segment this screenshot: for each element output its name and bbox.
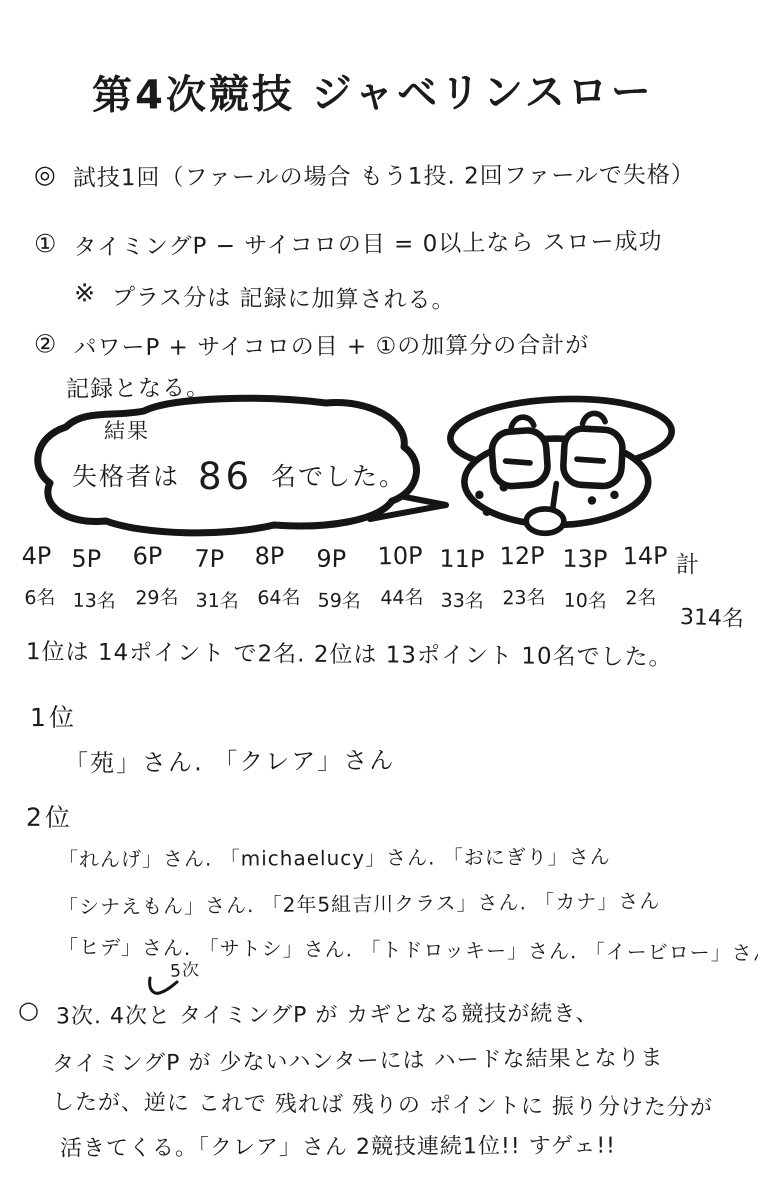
rule-trial-text: 試技1回（ファールの場合 もう1投. 2回ファールで失格） [73,156,695,192]
bubble-heading: 結果 [104,415,150,445]
rule-power-text: パワーP + サイコロの目 + ①の加算分の合計が [73,327,589,363]
handwritten-note-page: 第4次競技 ジャベリンスロー ◎ 試技1回（ファールの場合 もう1投. 2回ファ… [0,0,758,1200]
rule-note: ※ プラス分は 記録に加算される。 [74,278,456,314]
count-value: 13名 [71,586,117,614]
point-label: 10P [377,542,422,571]
points-distribution-table: 4P 6名 5P 13名 6P 29名 7P 31名 8P 64名 9P 59名… [22,542,668,613]
table-column: 6P 29名 [132,542,178,614]
dog-face-doodle-icon [424,386,698,538]
table-column: 12P 23名 [500,542,546,614]
table-column: 9P 59名 [316,545,362,614]
rank2-names-line-1: 「れんげ」さん. 「michaelucy」さん. 「おにぎり」さん [58,841,611,873]
speech-bubble: 結果 失格者は 86 名でした。 [26,393,456,543]
rank1-heading: 1位 [30,698,77,734]
bubble-text-post: 名でした。 [271,462,406,491]
table-total-column: 計 314名 [676,546,744,632]
rank2-heading: 2位 [26,798,73,834]
count-value: 59名 [316,586,362,614]
closing-line-1: 3次. 4次と タイミングP が カギとなる競技が続き、 [56,997,599,1031]
table-column: 4P 6名 [21,542,55,614]
summary-line: 1位は 14ポイント で2名. 2位は 13ポイント 10名でした。 [26,633,673,672]
table-column: 5P 13名 [71,545,117,614]
closing-line-1-post: と タイミングP が カギとなる競技が続き、 [148,1002,599,1029]
circled-two-marker: ② [34,329,58,362]
point-label: 5P [71,545,101,574]
reference-mark: ※ [74,278,96,311]
point-label: 4P [21,542,51,571]
count-value: 10名 [561,586,607,614]
rank2-names-line-3: 「ヒデ」さん. 「サトシ」さん. 「トドロッキー」さん. 「イービロー」さん [58,931,758,966]
point-label: 7P [194,545,224,574]
point-label: 14P [622,542,667,571]
point-label: 13P [562,545,607,574]
disqualified-count: 86 [190,455,261,498]
page-title: 第4次競技 ジャベリンスロー [92,60,654,121]
count-value: 31名 [193,586,239,614]
rule-power: ② パワーP + サイコロの目 + ①の加算分の合計が [34,327,589,363]
point-label: 11P [439,545,484,574]
closing-line-3: したが、逆に これで 残れば 残りの ポイントに 振り分けた分が [52,1085,713,1122]
rule-note-text: プラス分は 記録に加算される。 [112,279,456,315]
closing-marker: ○ [18,996,40,1024]
bubble-text-pre: 失格者は [72,462,180,491]
point-label: 6P [132,542,162,571]
bubble-result-line: 失格者は 86 名でした。 [72,455,406,498]
count-value: 33名 [438,586,484,614]
table-column: 8P 64名 [254,542,300,614]
count-value: 64名 [255,583,301,611]
table-column: 14P 2名 [622,542,668,614]
total-label: 計 [676,546,744,579]
rule-trial: ◎ 試技1回（ファールの場合 もう1投. 2回ファールで失格） [34,156,695,192]
table-column: 13P 10名 [561,545,607,614]
point-label: 8P [254,542,284,571]
closing-line-1-pre: 3次. 4次 [56,1004,148,1029]
count-value: 6名 [22,583,56,611]
count-value: 2名 [623,583,657,611]
point-label: 9P [316,545,346,574]
rule-timing-text: タイミングP − サイコロの目 = 0以上なら スロー成功 [73,223,662,262]
count-value: 23名 [500,583,546,611]
total-value: 314名 [679,600,744,633]
count-value: 44名 [378,583,424,611]
table-column: 7P 31名 [193,545,239,614]
rule-timing: ① タイミングP − サイコロの目 = 0以上なら スロー成功 [34,223,663,263]
table-column: 10P 44名 [377,542,423,614]
rank2-names-line-2: 「シナえもん」さん. 「2年5組吉川クラス」さん. 「カナ」さん [58,885,661,920]
closing-line-2: タイミングP が 少ないハンターには ハードな結果となりま [52,1041,664,1078]
double-circle-marker: ◎ [34,160,57,193]
table-column: 11P 33名 [438,545,484,614]
count-value: 29名 [133,583,179,611]
point-label: 12P [500,542,545,571]
rank1-names: 「苑」さん. 「クレア」さん [64,740,396,778]
closing-line-4: 活きてくる。「クレア」さん 2競技連続1位!! すゲェ!! [60,1129,616,1163]
circled-one-marker: ① [34,229,58,262]
